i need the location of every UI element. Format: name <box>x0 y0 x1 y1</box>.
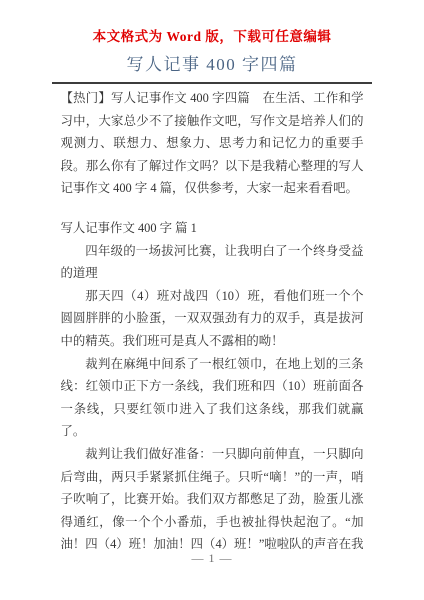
page-title: 写人记事 400 字四篇 <box>0 50 424 75</box>
paragraph-section-heading: 写人记事作文 400 字 篇 1 <box>61 217 364 240</box>
document-body: 【热门】写人记事作文 400 字四篇 在生活、工作和学习中，大家总少不了接触作文… <box>61 87 364 549</box>
paragraph: 四年级的一场拔河比赛，让我明白了一个终身受益的道理 <box>61 240 364 285</box>
paragraph: 裁判在麻绳中间系了一根红领巾，在地上划的三条线：红领巾正下方一条线，我们班和四（… <box>61 353 364 443</box>
page-number: — 1 — <box>0 551 424 566</box>
format-notice: 本文格式为 Word 版，下载可任意编辑 <box>0 25 424 45</box>
document-page: 本文格式为 Word 版，下载可任意编辑 写人记事 400 字四篇 【热门】写人… <box>0 0 424 600</box>
title-divider <box>52 82 372 84</box>
paragraph: 那天四（4）班对战四（10）班，看他们班一个个圆圆胖胖的小脸蛋，一双双强劲有力的… <box>61 285 364 353</box>
paragraph: 裁判让我们做好准备：一只脚向前伸直，一只脚向后弯曲，两只手紧紧抓住绳子。只听“嘀… <box>61 443 364 549</box>
paragraph-intro: 【热门】写人记事作文 400 字四篇 在生活、工作和学习中，大家总少不了接触作文… <box>61 87 364 200</box>
